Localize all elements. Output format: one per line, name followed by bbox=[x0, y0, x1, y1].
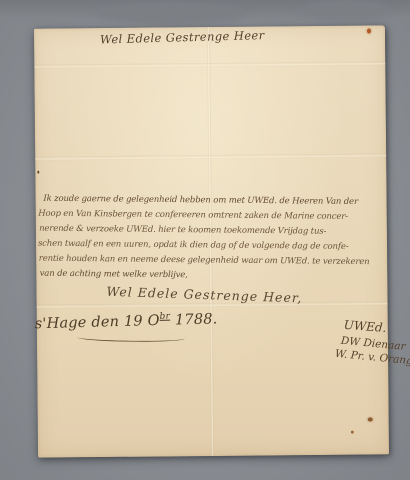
signature-block: UWEd. DW Dienaar W. Pr. v. Orange bbox=[299, 317, 410, 360]
signature-abbreviation: UWEd. bbox=[343, 318, 410, 338]
foxing-spot bbox=[368, 417, 373, 421]
foxing-spot bbox=[37, 171, 39, 174]
dateline-main: s'Hage den 19 O bbox=[35, 313, 160, 332]
salutation: Wel Edele Gestrenge Heer bbox=[100, 28, 265, 46]
backdrop-object bbox=[96, 2, 246, 24]
letter-body: Ik zoude gaerne de gelegenheid hebben om… bbox=[38, 192, 388, 286]
dateline: s'Hage den 19 Obr 1788. bbox=[35, 310, 218, 332]
dateline-year: 1788. bbox=[170, 311, 218, 328]
photo-background: Wel Edele Gestrenge Heer Ik zoude gaerne… bbox=[0, 0, 410, 480]
foxing-spot bbox=[367, 28, 371, 33]
foxing-spot bbox=[351, 431, 354, 434]
backdrop-object bbox=[300, 0, 390, 20]
letter-paper: Wel Edele Gestrenge Heer Ik zoude gaerne… bbox=[34, 25, 389, 457]
date-underline-flourish bbox=[77, 333, 185, 343]
